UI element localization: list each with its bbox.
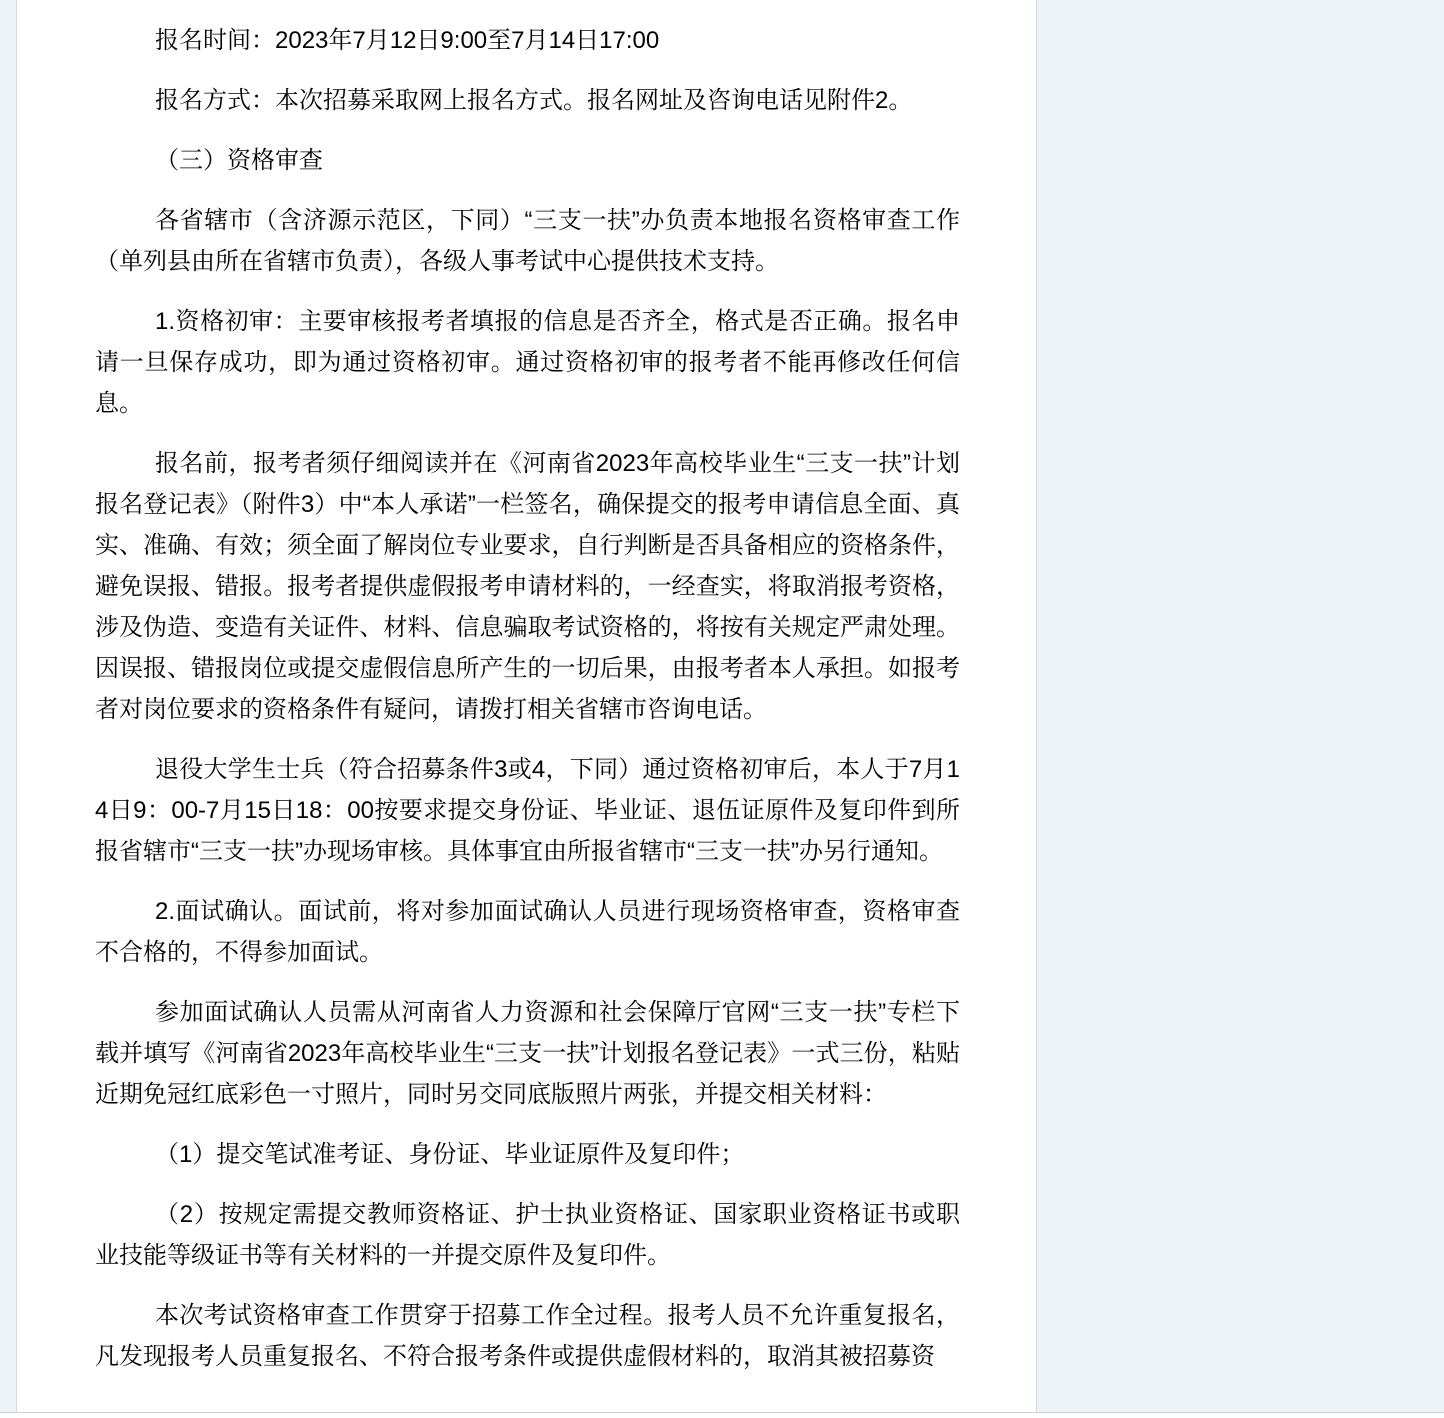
article-container: 报名时间：2023年7月12日9:00至7月14日17:00报名方式：本次招募采…: [16, 0, 1037, 1412]
paragraph: 各省辖市（含济源示范区，下同）“三支一扶”办负责本地报名资格审查工作（单列县由所…: [95, 200, 960, 282]
paragraph: 退役大学生士兵（符合招募条件3或4，下同）通过资格初审后，本人于7月14日9：0…: [95, 749, 960, 872]
page-background: 报名时间：2023年7月12日9:00至7月14日17:00报名方式：本次招募采…: [0, 0, 1444, 1413]
paragraph: 参加面试确认人员需从河南省人力资源和社会保障厅官网“三支一扶”专栏下载并填写《河…: [95, 992, 960, 1115]
paragraph: 报名时间：2023年7月12日9:00至7月14日17:00: [95, 20, 960, 61]
paragraph: （2）按规定需提交教师资格证、护士执业资格证、国家职业资格证书或职业技能等级证书…: [95, 1194, 960, 1276]
paragraph: 报名方式：本次招募采取网上报名方式。报名网址及咨询电话见附件2。: [95, 80, 960, 121]
paragraph: 本次考试资格审查工作贯穿于招募工作全过程。报考人员不允许重复报名，凡发现报考人员…: [95, 1295, 960, 1377]
paragraph: （三）资格审查: [95, 140, 960, 181]
paragraph: （1）提交笔试准考证、身份证、毕业证原件及复印件；: [95, 1134, 960, 1175]
paragraph: 报名前，报考者须仔细阅读并在《河南省2023年高校毕业生“三支一扶”计划报名登记…: [95, 443, 960, 730]
paragraph: 1.资格初审：主要审核报考者填报的信息是否齐全，格式是否正确。报名申请一旦保存成…: [95, 301, 960, 424]
paragraph: 2.面试确认。面试前，将对参加面试确认人员进行现场资格审查，资格审查不合格的，不…: [95, 891, 960, 973]
article-body: 报名时间：2023年7月12日9:00至7月14日17:00报名方式：本次招募采…: [17, 0, 1036, 1377]
